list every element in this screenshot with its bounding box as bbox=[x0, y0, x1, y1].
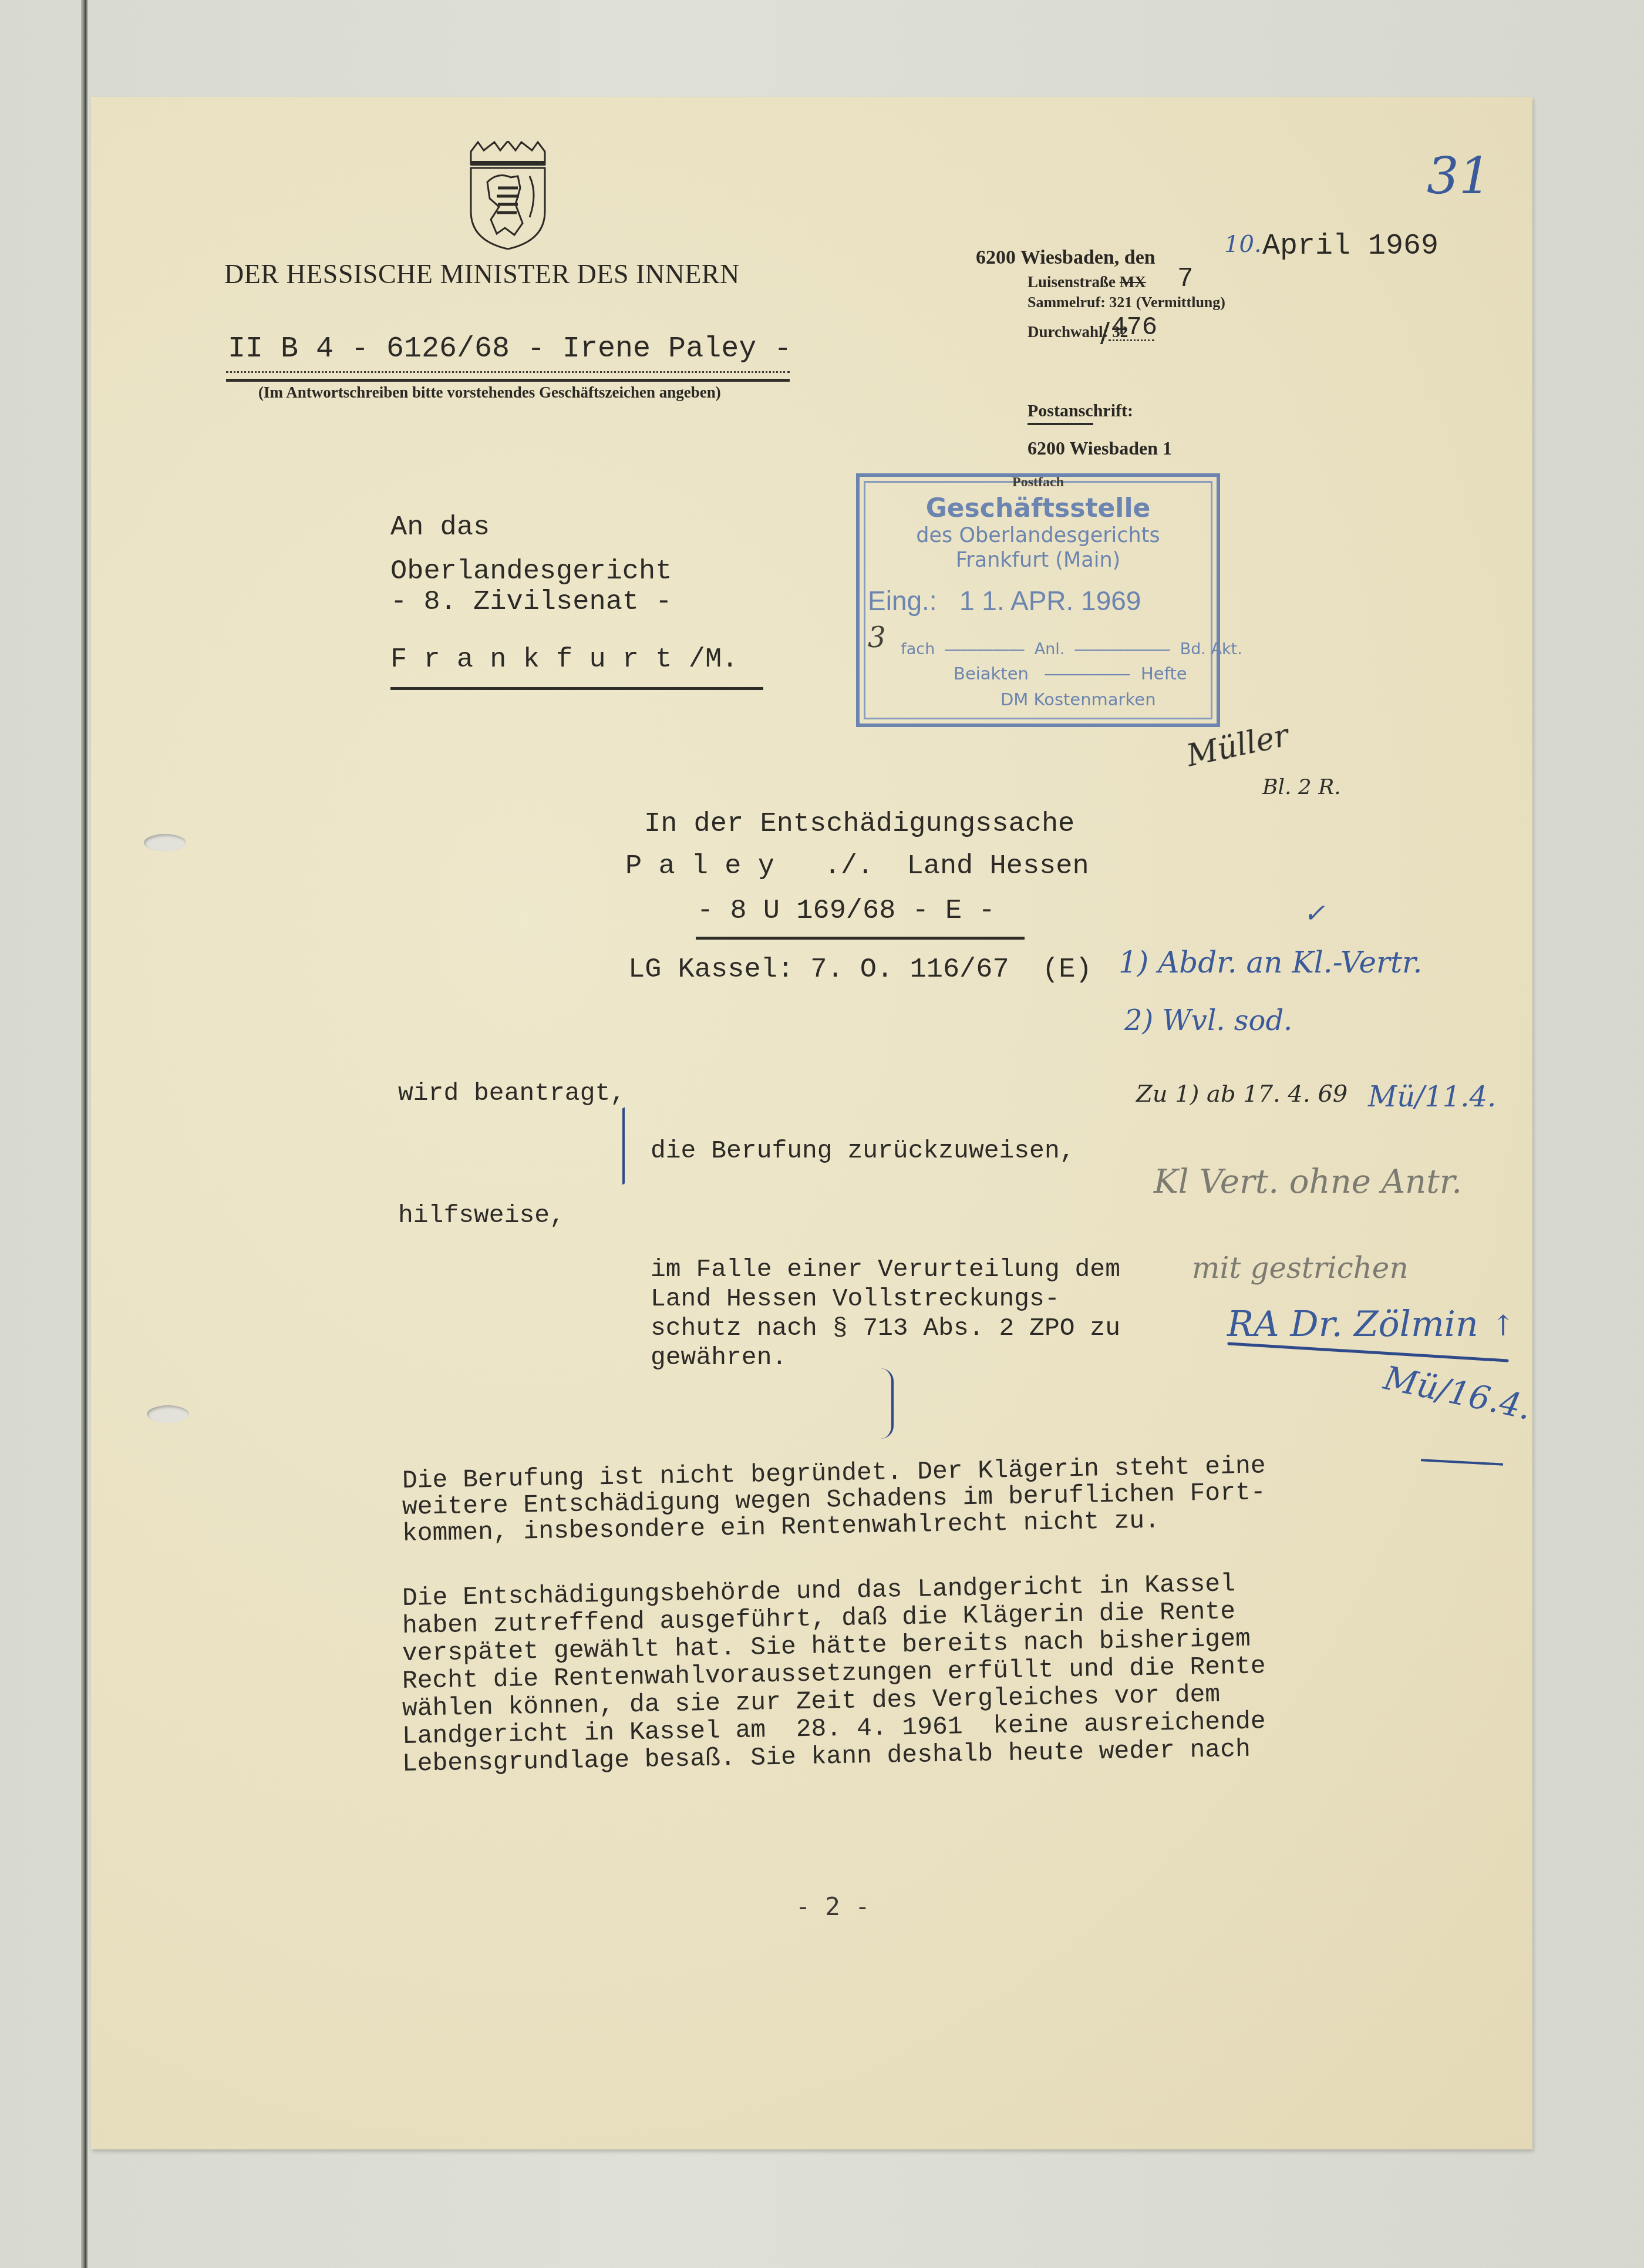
motion-intro: wird beantragt, bbox=[398, 1081, 625, 1106]
case-number-underline bbox=[696, 937, 1025, 940]
street-label: Luisenstraße MX bbox=[1027, 273, 1146, 291]
motion-alt-line-1: im Falle einer Verurteilung dem bbox=[651, 1257, 1120, 1282]
phone-main: Sammelruf: 321 (Vermittlung) bbox=[1027, 294, 1225, 311]
postal-city: 6200 Wiesbaden 1 bbox=[1027, 438, 1172, 459]
phone-direct-ext: 476 bbox=[1111, 315, 1157, 341]
pencil-note-2: mit gestrichen bbox=[1192, 1251, 1409, 1285]
stamp-line-3: Frankfurt (Main) bbox=[860, 549, 1217, 572]
primary-motion-bracket bbox=[622, 1099, 638, 1185]
received-label: Eing.: bbox=[868, 585, 937, 616]
alt-motion-bracket bbox=[881, 1368, 894, 1439]
recipient-line-1: An das bbox=[390, 514, 490, 541]
case-number: - 8 U 169/68 - E - bbox=[697, 897, 995, 925]
stamp-beiakten-row: Beiakten ――――― Hefte bbox=[860, 664, 1311, 684]
postfach-label: Postfach bbox=[860, 475, 1217, 490]
pencil-note-1: Kl Vert. ohne Antr. bbox=[1154, 1163, 1462, 1201]
handwritten-note-1: 1) Abdr. an Kl.-Vertr. bbox=[1119, 945, 1422, 980]
street-name: Luisenstraße bbox=[1027, 273, 1116, 291]
folio-number: 31 bbox=[1427, 147, 1491, 206]
reference-rule bbox=[226, 379, 790, 382]
fach-count: 3 bbox=[868, 621, 886, 654]
hessen-lion-coat-of-arms-icon bbox=[464, 141, 552, 250]
recipient-line-4: F r a n k f u r t /M. bbox=[390, 646, 738, 674]
motion-alt-intro: hilfsweise, bbox=[398, 1203, 565, 1228]
street-struck-number: MX bbox=[1120, 273, 1146, 291]
binder-edge bbox=[81, 0, 88, 2268]
date-month-year: April 1969 bbox=[1262, 232, 1438, 261]
date-day: 10. bbox=[1224, 231, 1262, 258]
receipt-stamp: Postfach Geschäftsstelle des Oberlandesg… bbox=[856, 473, 1220, 727]
stamp-line-1: Geschäftsstelle bbox=[860, 493, 1217, 523]
punch-hole-bottom bbox=[147, 1405, 189, 1423]
stamp-received-row: Eing.: 1 1. APR. 1969 bbox=[860, 585, 1225, 617]
received-date: 1 1. APR. 1969 bbox=[959, 585, 1141, 616]
sender-city-line: 6200 Wiesbaden, den bbox=[976, 247, 1155, 269]
recipient-line-3: - 8. Zivilsenat - bbox=[390, 588, 672, 616]
up-arrow-icon: ↑ bbox=[1491, 1310, 1515, 1342]
handwritten-initials-1: Mü/11.4. bbox=[1368, 1081, 1496, 1113]
ministry-name: DER HESSISCHE MINISTER DES INNERN bbox=[224, 258, 740, 290]
motion-alt-line-3: schutz nach § 713 Abs. 2 ZPO zu bbox=[651, 1315, 1120, 1341]
anl-label: Anl. bbox=[1035, 640, 1065, 658]
street-number: 7 bbox=[1177, 265, 1194, 292]
postal-label-underline bbox=[1027, 423, 1093, 425]
reference-number: II B 4 - 6126/68 - Irene Paley - bbox=[228, 335, 791, 364]
fach-label: fach bbox=[901, 640, 935, 658]
motion-primary: die Berufung zurückzuweisen, bbox=[651, 1138, 1075, 1163]
page-continuation-marker: - 2 - bbox=[796, 1892, 870, 1921]
handwritten-note-2: 2) Wvl. sod. bbox=[1124, 1004, 1292, 1037]
hefte-label: Hefte bbox=[1141, 664, 1187, 684]
motion-alt-line-4: gewähren. bbox=[651, 1345, 787, 1370]
akt-label: Bd. Akt. bbox=[1180, 640, 1242, 658]
handwritten-note-bl: Bl. 2 R. bbox=[1262, 775, 1341, 799]
reference-dotted-line bbox=[226, 371, 790, 373]
kosten-label: DM Kostenmarken bbox=[1000, 689, 1156, 709]
document-page bbox=[91, 97, 1532, 2149]
lower-court-reference: LG Kassel: 7. O. 116/67 (E) bbox=[628, 956, 1092, 984]
punch-hole-top bbox=[144, 834, 186, 852]
recipient-line-2: Oberlandesgericht bbox=[390, 558, 672, 585]
stamp-fach-row: 3 fach ――――― Anl. ―――――― Bd. Akt. bbox=[860, 628, 1225, 661]
handwritten-note-zu1: Zu 1) ab 17. 4. 69 bbox=[1136, 1081, 1347, 1108]
postal-label: Postanschrift: bbox=[1027, 401, 1133, 421]
stamp-kosten-row: DM Kostenmarken bbox=[860, 689, 1357, 709]
reference-note: (Im Antwortschreiben bitte vorstehendes … bbox=[258, 383, 721, 402]
beiakten-label: Beiakten bbox=[954, 664, 1029, 684]
stamp-line-2: des Oberlandesgerichts bbox=[860, 524, 1217, 547]
case-parties: P a l e y ./. Land Hessen bbox=[625, 853, 1089, 880]
check-mark-icon: ✓ bbox=[1303, 899, 1325, 928]
recipient-underline bbox=[390, 687, 763, 690]
motion-alt-line-2: Land Hessen Vollstreckungs- bbox=[651, 1286, 1060, 1311]
handwritten-recipient-note: RA Dr. Zölmin bbox=[1227, 1304, 1478, 1345]
case-intro: In der Entschädigungssache bbox=[644, 810, 1074, 838]
